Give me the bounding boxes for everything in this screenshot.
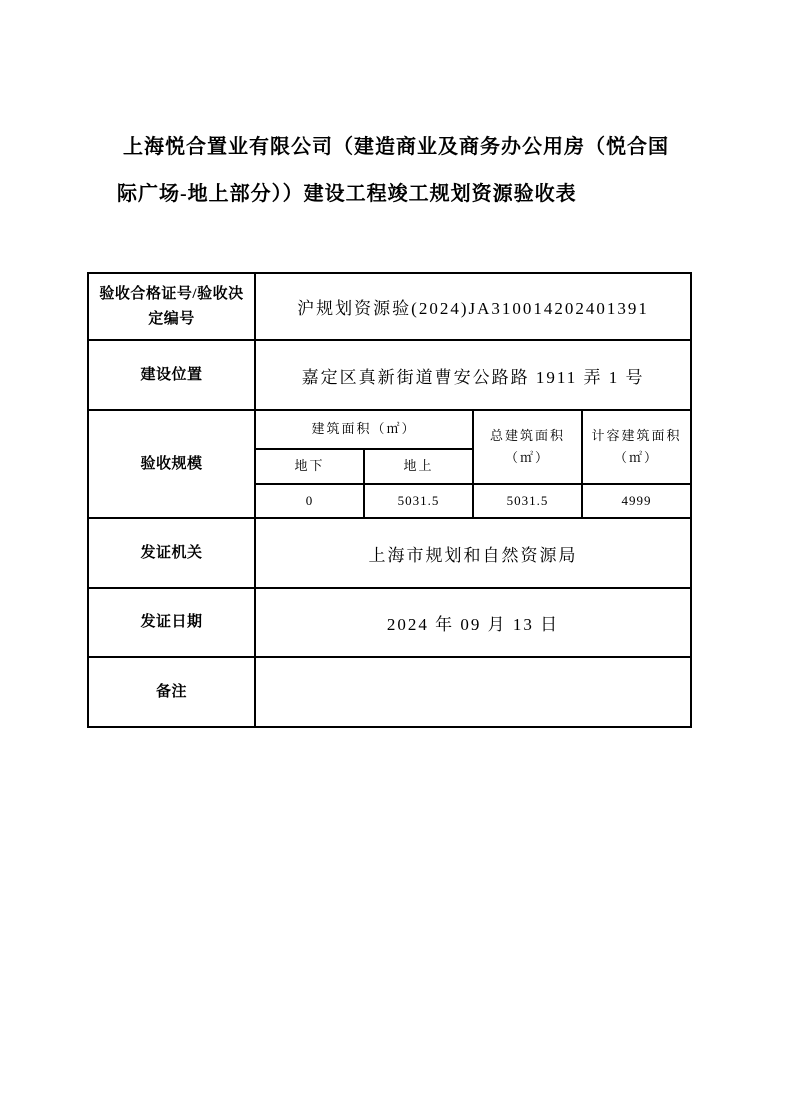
- document-title-line2: 际广场-地上部分））建设工程竣工规划资源验收表: [117, 171, 717, 218]
- table-row: 发证日期 2024 年 09 月 13 日: [88, 588, 691, 657]
- cert-number-label: 验收合格证号/验收决 定编号: [88, 273, 255, 340]
- aboveground-header: 地上: [364, 449, 473, 484]
- building-area-header: 建筑面积（㎡）: [255, 410, 473, 449]
- underground-header: 地下: [255, 449, 364, 484]
- table-row: 建设位置 嘉定区真新街道曹安公路路 1911 弄 1 号: [88, 340, 691, 410]
- location-value: 嘉定区真新街道曹安公路路 1911 弄 1 号: [255, 340, 691, 410]
- document-title: 上海悦合置业有限公司（建造商业及商务办公用房（悦合国 际广场-地上部分））建设工…: [117, 124, 717, 218]
- document-page: 上海悦合置业有限公司（建造商业及商务办公用房（悦合国 际广场-地上部分））建设工…: [0, 0, 794, 1108]
- table-row: 备注: [88, 657, 691, 727]
- remark-label: 备注: [88, 657, 255, 727]
- plot-area-value: 4999: [582, 484, 691, 518]
- document-title-line1: 上海悦合置业有限公司（建造商业及商务办公用房（悦合国: [117, 124, 717, 171]
- plot-area-header: 计容建筑面积 （㎡）: [582, 410, 691, 484]
- total-area-value: 5031.5: [473, 484, 582, 518]
- issue-date-label: 发证日期: [88, 588, 255, 657]
- acceptance-table: 验收合格证号/验收决 定编号 沪规划资源验(2024)JA31001420240…: [87, 272, 692, 728]
- aboveground-value: 5031.5: [364, 484, 473, 518]
- issuer-label: 发证机关: [88, 518, 255, 588]
- remark-value: [255, 657, 691, 727]
- scale-label: 验收规模: [88, 410, 255, 518]
- issuer-value: 上海市规划和自然资源局: [255, 518, 691, 588]
- location-label: 建设位置: [88, 340, 255, 410]
- table-row: 验收规模 建筑面积（㎡） 总建筑面积（㎡） 计容建筑面积 （㎡）: [88, 410, 691, 449]
- issue-date-value: 2024 年 09 月 13 日: [255, 588, 691, 657]
- table-row: 验收合格证号/验收决 定编号 沪规划资源验(2024)JA31001420240…: [88, 273, 691, 340]
- cert-number-value: 沪规划资源验(2024)JA310014202401391: [255, 273, 691, 340]
- table-row: 发证机关 上海市规划和自然资源局: [88, 518, 691, 588]
- underground-value: 0: [255, 484, 364, 518]
- total-area-header: 总建筑面积（㎡）: [473, 410, 582, 484]
